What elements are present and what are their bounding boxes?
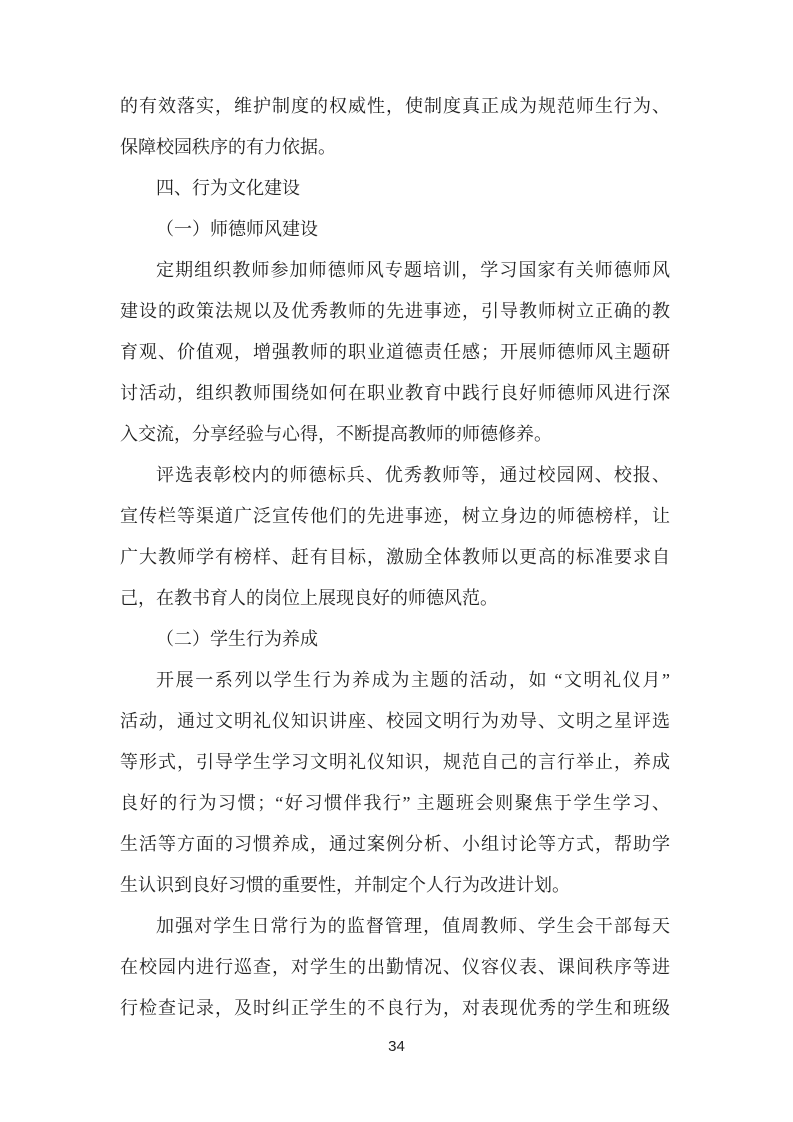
text-line: 活动，通过文明礼仪知识讲座、校园文明行为劝导、文明之星评选 <box>120 701 670 742</box>
text-line: 在校园内进行巡查，对学生的出勤情况、仪容仪表、课间秩序等进 <box>120 947 670 988</box>
subsection-heading-teacher-ethics: （一）师德师风建设 <box>120 209 670 250</box>
page-number: 34 <box>0 1038 793 1056</box>
text-line: 广大教师学有榜样、赶有目标，激励全体教师以更高的标准要求自 <box>120 537 670 578</box>
heading-line: 四、行为文化建设 <box>120 168 670 209</box>
text-line: 讨活动，组织教师围绕如何在职业教育中践行良好师德师风进行深 <box>120 373 670 414</box>
text-line: 加强对学生日常行为的监督管理，值周教师、学生会干部每天 <box>120 906 670 947</box>
text-line: 入交流，分享经验与心得，不断提高教师的师德修养。 <box>120 414 670 455</box>
paragraph-teacher-ethics-training: 定期组织教师参加师德师风专题培训，学习国家有关师德师风 建设的政策法规以及优秀教… <box>120 250 670 455</box>
section-heading-behavior-culture: 四、行为文化建设 <box>120 168 670 209</box>
text-line: 行检查记录，及时纠正学生的不良行为，对表现优秀的学生和班级 <box>120 988 670 1029</box>
text-line: 开展一系列以学生行为养成为主题的活动，如 “文明礼仪月” <box>120 660 670 701</box>
text-line: 己，在教书育人的岗位上展现良好的师德风范。 <box>120 578 670 619</box>
text-line: 评选表彰校内的师德标兵、优秀教师等，通过校园网、校报、 <box>120 455 670 496</box>
subsection-heading-student-behavior: （二）学生行为养成 <box>120 619 670 660</box>
text-line: 良好的行为习惯；“好习惯伴我行” 主题班会则聚焦于学生学习、 <box>120 783 670 824</box>
text-line: 宣传栏等渠道广泛宣传他们的先进事迹，树立身边的师德榜样，让 <box>120 496 670 537</box>
paragraph-student-activities: 开展一系列以学生行为养成为主题的活动，如 “文明礼仪月” 活动，通过文明礼仪知识… <box>120 660 670 906</box>
text-line: 建设的政策法规以及优秀教师的先进事迹，引导教师树立正确的教 <box>120 291 670 332</box>
text-line: 定期组织教师参加师德师风专题培训，学习国家有关师德师风 <box>120 250 670 291</box>
text-line: 的有效落实，维护制度的权威性，使制度真正成为规范师生行为、 <box>120 86 670 127</box>
text-line: 生认识到良好习惯的重要性，并制定个人行为改进计划。 <box>120 865 670 906</box>
heading-line: （二）学生行为养成 <box>120 619 670 660</box>
paragraph-student-supervision: 加强对学生日常行为的监督管理，值周教师、学生会干部每天 在校园内进行巡查，对学生… <box>120 906 670 1029</box>
text-line: 生活等方面的习惯养成，通过案例分析、小组讨论等方式，帮助学 <box>120 824 670 865</box>
heading-line: （一）师德师风建设 <box>120 209 670 250</box>
document-body: 的有效落实，维护制度的权威性，使制度真正成为规范师生行为、 保障校园秩序的有力依… <box>120 86 670 1029</box>
paragraph-continuation: 的有效落实，维护制度的权威性，使制度真正成为规范师生行为、 保障校园秩序的有力依… <box>120 86 670 168</box>
text-line: 保障校园秩序的有力依据。 <box>120 127 670 168</box>
text-line: 育观、价值观，增强教师的职业道德责任感；开展师德师风主题研 <box>120 332 670 373</box>
paragraph-teacher-commendation: 评选表彰校内的师德标兵、优秀教师等，通过校园网、校报、 宣传栏等渠道广泛宣传他们… <box>120 455 670 619</box>
text-line: 等形式，引导学生学习文明礼仪知识，规范自己的言行举止，养成 <box>120 742 670 783</box>
